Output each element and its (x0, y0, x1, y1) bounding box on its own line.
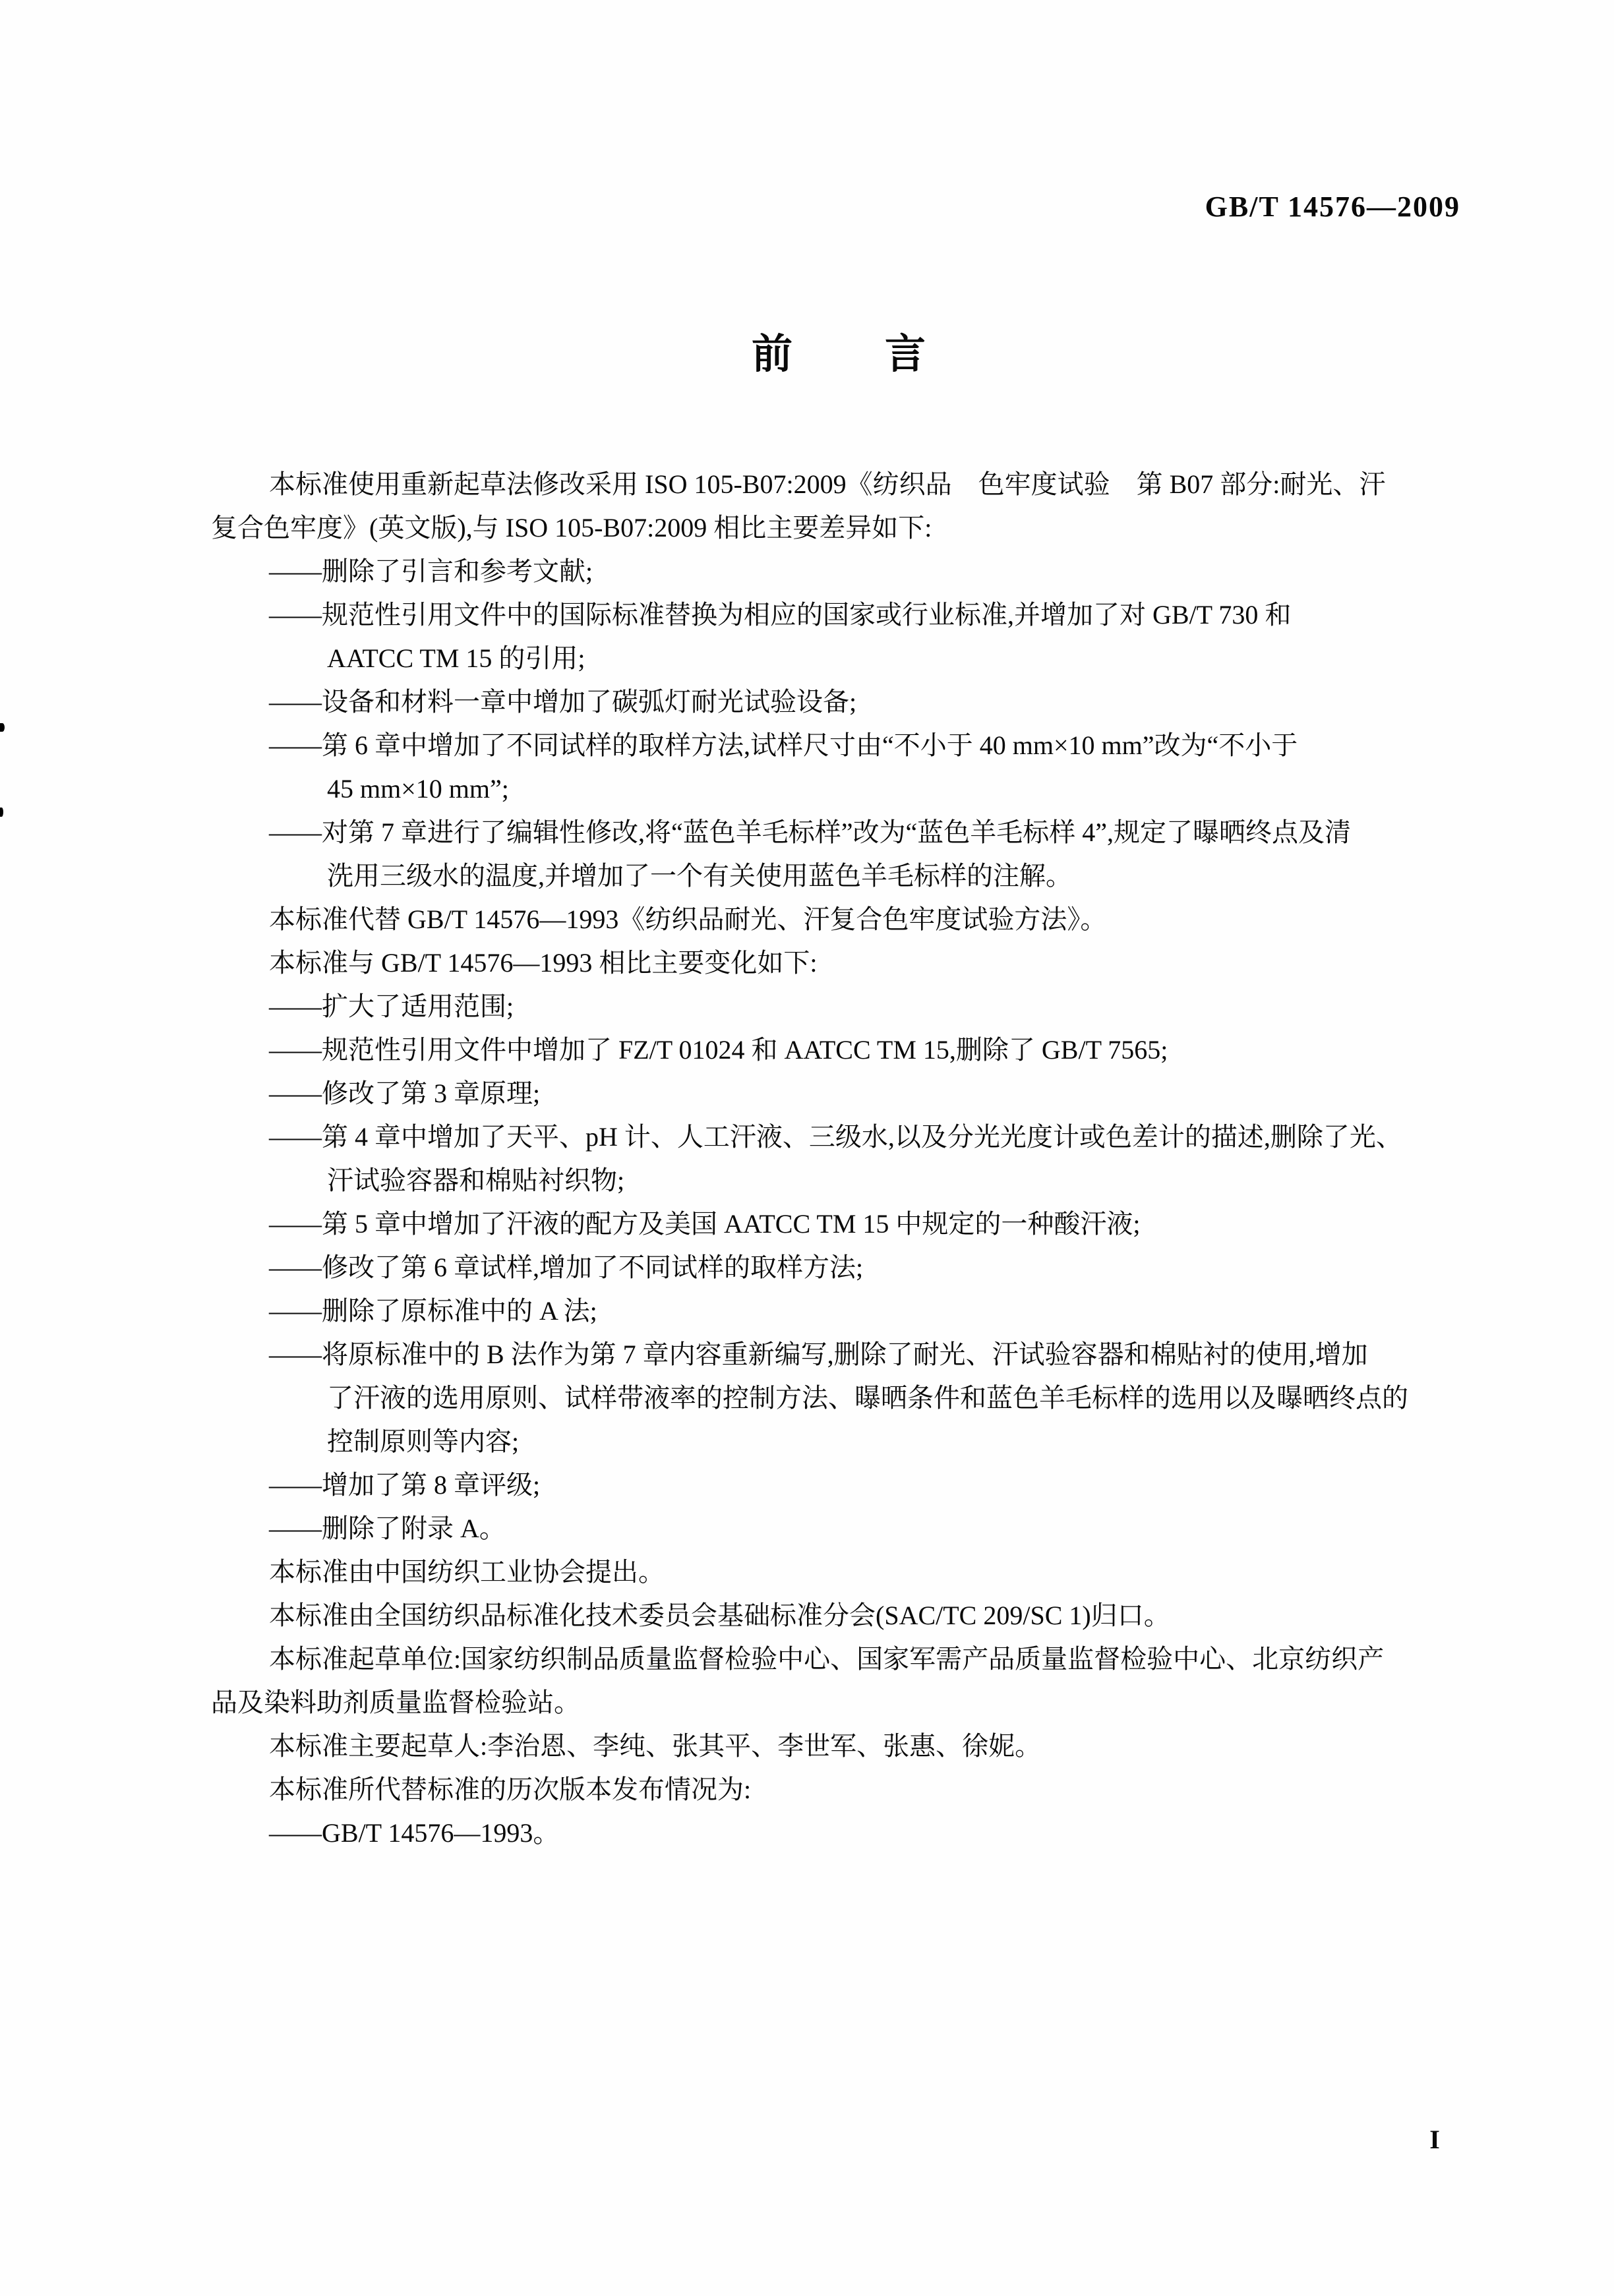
text-line: ——第 6 章中增加了不同试样的取样方法,试样尺寸由“不小于 40 mm×10 … (211, 724, 1503, 767)
text-line: 本标准所代替标准的历次版本发布情况为: (211, 1768, 1503, 1811)
text-line: ——规范性引用文件中增加了 FZ/T 01024 和 AATCC TM 15,删… (211, 1028, 1503, 1072)
page-title-text: 前言 (752, 332, 1018, 377)
text-line: ——修改了第 3 章原理; (211, 1072, 1503, 1115)
text-line: ——删除了引言和参考文献; (211, 550, 1503, 593)
text-line: 控制原则等内容; (211, 1420, 1503, 1463)
text-line: ——第 5 章中增加了汗液的配方及美国 AATCC TM 15 中规定的一种酸汗… (211, 1202, 1503, 1246)
text-line: ——GB/T 14576—1993。 (211, 1811, 1503, 1855)
text-line: 本标准使用重新起草法修改采用 ISO 105-B07:2009《纺织品 色牢度试… (211, 463, 1503, 506)
text-line: AATCC TM 15 的引用; (211, 637, 1503, 680)
text-line: ——规范性引用文件中的国际标准替换为相应的国家或行业标准,并增加了对 GB/T … (211, 593, 1503, 637)
text-line: 本标准主要起草人:李治恩、李纯、张其平、李世军、张惠、徐妮。 (211, 1724, 1503, 1768)
text-line: 汗试验容器和棉贴衬织物; (211, 1159, 1503, 1202)
text-line: ——对第 7 章进行了编辑性修改,将“蓝色羊毛标样”改为“蓝色羊毛标样 4”,规… (211, 811, 1503, 854)
text-line: 45 mm×10 mm”; (211, 767, 1503, 811)
ink-speck (0, 723, 5, 732)
text-line: ——设备和材料一章中增加了碳弧灯耐光试验设备; (211, 680, 1503, 724)
ink-speck (0, 808, 3, 817)
text-line: 本标准代替 GB/T 14576—1993《纺织品耐光、汗复合色牢度试验方法》。 (211, 898, 1503, 941)
text-line: 了汗液的选用原则、试样带液率的控制方法、曝晒条件和蓝色羊毛标样的选用以及曝晒终点… (211, 1376, 1503, 1420)
text-line: ——删除了原标准中的 A 法; (211, 1289, 1503, 1333)
page-title: 前言 (752, 332, 926, 377)
text-line: ——扩大了适用范围; (211, 985, 1503, 1028)
standard-code: GB/T 14576—2009 (1205, 191, 1460, 223)
text-line: 品及染料助剂质量监督检验站。 (211, 1681, 1503, 1724)
text-line: 本标准与 GB/T 14576—1993 相比主要变化如下: (211, 941, 1503, 985)
text-line: 洗用三级水的温度,并增加了一个有关使用蓝色羊毛标样的注解。 (211, 854, 1503, 898)
text-line: ——将原标准中的 B 法作为第 7 章内容重新编写,删除了耐光、汗试验容器和棉贴… (211, 1333, 1503, 1376)
foreword-body: 本标准使用重新起草法修改采用 ISO 105-B07:2009《纺织品 色牢度试… (211, 463, 1503, 1855)
text-line: 复合色牢度》(英文版),与 ISO 105-B07:2009 相比主要差异如下: (211, 506, 1503, 550)
text-line: ——修改了第 6 章试样,增加了不同试样的取样方法; (211, 1246, 1503, 1289)
page-number: I (1418, 2125, 1452, 2154)
text-line: ——删除了附录 A。 (211, 1507, 1503, 1550)
text-line: ——增加了第 8 章评级; (211, 1463, 1503, 1507)
text-line: 本标准由中国纺织工业协会提出。 (211, 1550, 1503, 1594)
text-line: 本标准由全国纺织品标准化技术委员会基础标准分会(SAC/TC 209/SC 1)… (211, 1594, 1503, 1637)
text-line: ——第 4 章中增加了天平、pH 计、人工汗液、三级水,以及分光光度计或色差计的… (211, 1115, 1503, 1159)
text-line: 本标准起草单位:国家纺织制品质量监督检验中心、国家军需产品质量监督检验中心、北京… (211, 1637, 1503, 1681)
document-page: GB/T 14576—2009 前言 本标准使用重新起草法修改采用 ISO 10… (0, 0, 1614, 2296)
